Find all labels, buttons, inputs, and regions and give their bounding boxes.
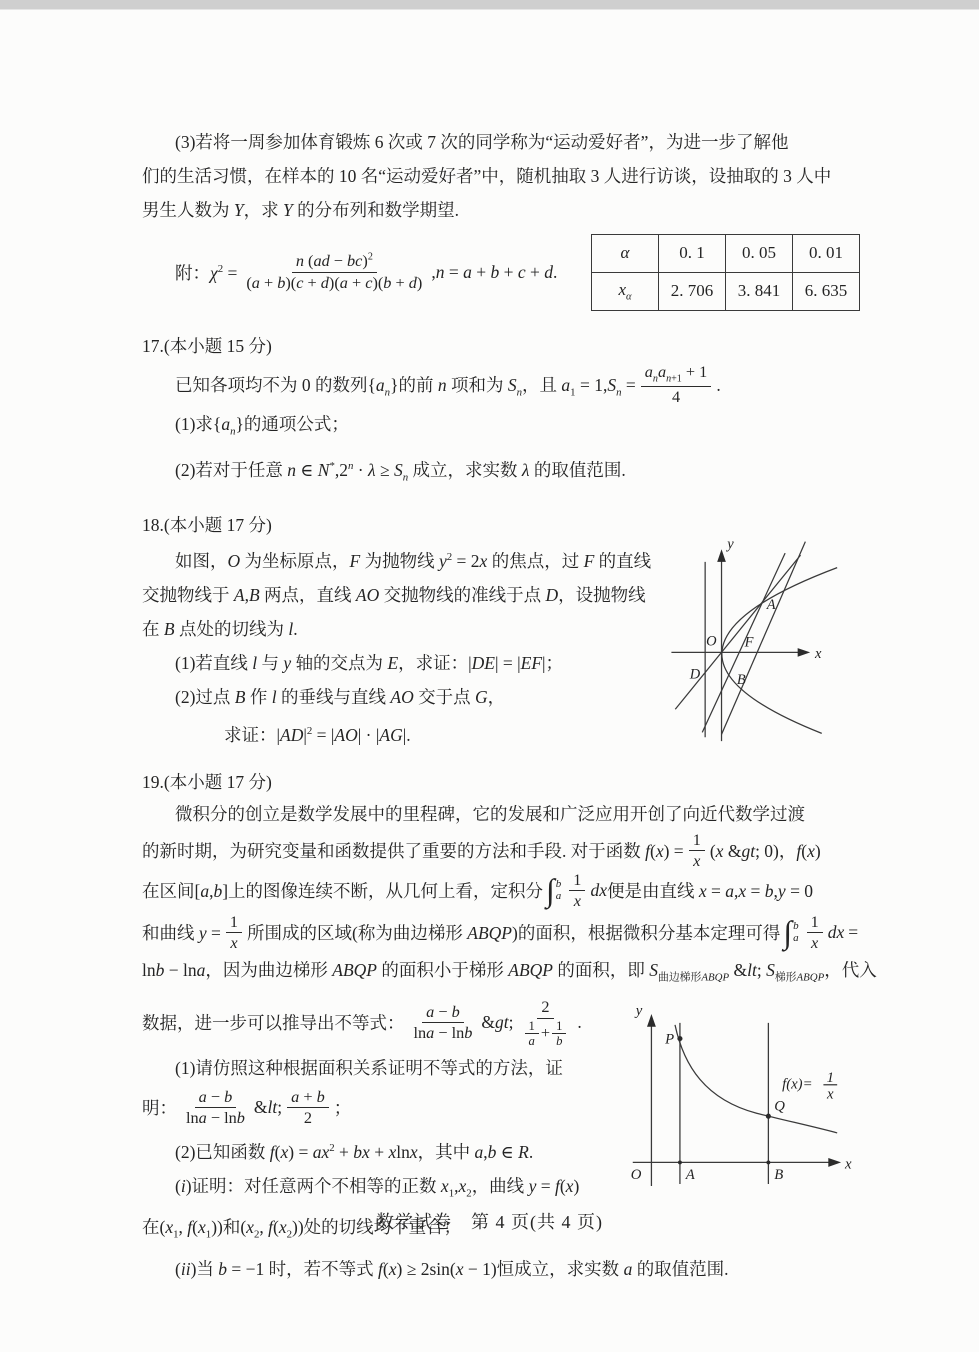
point-A: [678, 1160, 682, 1164]
equals-sign: =: [848, 922, 858, 943]
denominator: 2: [300, 1108, 316, 1128]
point-label-P: P: [664, 1031, 674, 1047]
integral-limits: b a: [556, 878, 562, 903]
text-segment: 和曲线 y =: [142, 920, 221, 945]
fraction: a + b 2: [287, 1087, 329, 1129]
numerator: 1: [689, 830, 705, 851]
text-line: lnb − lna，因为曲边梯形 ABQP 的面积小于梯形 ABQP 的面积，即…: [142, 953, 854, 995]
text-line: (3)若将一周参加体育锻炼 6 次或 7 次的同学称为“运动爱好者”，为进一步了…: [142, 125, 854, 159]
question19-part2-ii: (ii)当 b = −1 时，若不等式 f(x) ≥ 2sin(x − 1)恒成…: [142, 1252, 854, 1286]
denominator: x: [226, 933, 241, 953]
intro-text: 已知各项均不为 0 的数列{an}的前 n 项和为 Sn，且 a1 = 1,Sn…: [175, 372, 636, 399]
curve-label-num: 1: [827, 1070, 834, 1086]
text-line-with-math: 数据，进一步可以推导出不等式： a − b lna − lnb &gt; 2 1…: [142, 995, 613, 1051]
differential: dx: [590, 880, 607, 901]
denominator: lna − lnb: [410, 1023, 477, 1043]
curve-label-den: x: [826, 1087, 834, 1103]
text-segment: 所围成的区域(称为曲边梯形 ABQP)的面积，根据微积分基本定理可得: [247, 920, 780, 945]
chi-square-formula: 附：χ2 = n (ad − bc)2 (a + b)(c + d)(a + c…: [175, 251, 557, 293]
semicolon: ；: [334, 1095, 352, 1120]
y-axis-arrow: [717, 549, 726, 562]
table-cell: 0. 05: [726, 234, 793, 272]
axis-label-y: y: [634, 1003, 643, 1019]
formula-suffix: ,n = a + b + c + d.: [431, 262, 557, 283]
point-label-A: A: [766, 597, 776, 613]
fraction: 2 1 a + 1 b: [519, 997, 573, 1049]
text-line: 们的生活习惯，在样本的 10 名“运动爱好者”中，随机抽取 3 人进行访谈，设抽…: [142, 159, 854, 193]
integral-limits: b a: [793, 920, 799, 945]
reciprocal-curve: [675, 1025, 837, 1133]
chi-square-formula-row: 附：χ2 = n (ad − bc)2 (a + b)(c + d)(a + c…: [142, 231, 854, 313]
curve-label-fx: f(x)=: [782, 1077, 812, 1093]
fraction: 1 x: [226, 912, 242, 954]
scan-top-bar: [0, 0, 979, 10]
denominator: 1 a + 1 b: [519, 1019, 573, 1049]
question18-section: y x O F A B D 18.(本小题 17 分) 如图，O 为坐标原点，F…: [142, 510, 854, 752]
x-axis-arrow: [798, 648, 811, 657]
numerator: 1: [226, 912, 242, 933]
period: .: [577, 1012, 581, 1033]
point-B: [766, 1160, 770, 1164]
differential: dx: [828, 922, 845, 943]
x-axis-arrow: [828, 1158, 841, 1167]
less-than-sign: &lt;: [254, 1097, 282, 1118]
text-line: 微积分的创立是数学发展中的里程碑，它的发展和广泛应用开创了向近代数学过渡: [142, 797, 854, 831]
text-line-with-math: 在区间[a,b]上的图像连续不断，从几何上看，定积分 ∫ b a 1 x dx …: [142, 869, 854, 911]
integral: ∫ b a: [546, 877, 561, 904]
denominator: 4: [668, 387, 684, 407]
critical-value-table: α 0. 1 0. 05 0. 01 xα 2. 706 3. 841 6. 6…: [591, 234, 860, 311]
upper-limit: b: [793, 920, 799, 933]
axis-label-y: y: [725, 536, 734, 552]
point-label-O: O: [631, 1167, 642, 1183]
question17-heading: 17.(本小题 15 分): [142, 331, 854, 361]
hyperbola-figure: y x O A B P Q f(x)= 1 x: [619, 997, 904, 1204]
numerator: 1: [525, 1019, 539, 1035]
point-label-A: A: [685, 1167, 696, 1183]
greater-than-sign: &gt;: [481, 1012, 513, 1033]
question16-part3-section: (3)若将一周参加体育锻炼 6 次或 7 次的同学称为“运动爱好者”，为进一步了…: [142, 125, 854, 313]
question17-part2: (2)若对于任意 n ∈ N*,2n · λ ≥ Sn 成立，求实数 λ 的取值…: [142, 449, 854, 494]
text-line-with-math: 的新时期，为研究变量和函数提供了重要的方法和手段. 对于函数 f(x) = 1 …: [142, 831, 854, 869]
exam-page: (3)若将一周参加体育锻炼 6 次或 7 次的同学称为“运动爱好者”，为进一步了…: [0, 0, 979, 1352]
denominator: x: [570, 891, 585, 911]
denominator: b: [552, 1034, 566, 1049]
fraction: 1 b: [552, 1019, 566, 1049]
formula-prefix: 附：χ2 =: [175, 260, 237, 285]
numerator: 1: [552, 1019, 566, 1035]
integral-symbol: ∫: [546, 877, 555, 904]
table-cell: 0. 01: [793, 234, 860, 272]
table-row: α 0. 1 0. 05 0. 01: [592, 234, 860, 272]
integral-symbol: ∫: [783, 919, 792, 946]
question19-heading: 19.(本小题 17 分): [142, 767, 854, 797]
denominator: lna − lnb: [182, 1108, 249, 1128]
text-line-with-math: 和曲线 y = 1 x 所围成的区域(称为曲边梯形 ABQP)的面积，根据微积分…: [142, 911, 854, 953]
numerator: n (ad − bc)2: [292, 251, 377, 272]
integral: ∫ b a: [783, 919, 798, 946]
numerator: anan+1 + 1: [641, 362, 712, 387]
fraction: 1 a: [525, 1019, 539, 1049]
table-row: xα 2. 706 3. 841 6. 635: [592, 272, 860, 310]
fraction: a − b lna − lnb: [182, 1087, 249, 1129]
point-label-F: F: [744, 634, 754, 650]
fraction: 1 x: [689, 830, 705, 872]
page-content: (3)若将一周参加体育锻炼 6 次或 7 次的同学称为“运动爱好者”，为进一步了…: [0, 10, 854, 1286]
point-label-B: B: [737, 672, 746, 688]
denominator: x: [689, 851, 704, 871]
page-footer: 数学试卷 第 4 页(共 4 页): [0, 1208, 979, 1234]
denominator: x: [807, 933, 822, 953]
text-segment: 数据，进一步可以推导出不等式：: [142, 1010, 405, 1035]
text-segment: (x &gt; 0)，f(x): [710, 838, 821, 863]
intro-text-end: .: [716, 375, 720, 396]
table-cell: xα: [592, 272, 659, 310]
text-line: 男生人数为 Y，求 Y 的分布列和数学期望.: [142, 193, 854, 227]
fraction: n (ad − bc)2 (a + b)(c + d)(a + c)(b + d…: [242, 251, 426, 293]
numerator: 2: [537, 997, 553, 1018]
numerator: 1: [807, 912, 823, 933]
table-cell: 0. 1: [659, 234, 726, 272]
point-label-Q: Q: [774, 1098, 785, 1114]
text-segment: 的新时期，为研究变量和函数提供了重要的方法和手段. 对于函数 f(x) =: [142, 838, 684, 863]
fraction: a − b lna − lnb: [410, 1002, 477, 1044]
numerator: a − b: [422, 1002, 464, 1023]
point-label-O: O: [706, 634, 717, 650]
question17-intro: 已知各项均不为 0 的数列{an}的前 n 项和为 Sn，且 a1 = 1,Sn…: [142, 363, 854, 407]
denominator: (a + b)(c + d)(a + c)(b + d): [242, 273, 426, 293]
text-line-with-math: 明： a − b lna − lnb &lt; a + b 2 ；: [142, 1085, 613, 1131]
numerator: a + b: [287, 1087, 329, 1108]
point-label-D: D: [689, 666, 701, 682]
parabola-figure: y x O F A B D: [656, 526, 974, 748]
table-cell: α: [592, 234, 659, 272]
text-segment: 明：: [142, 1095, 177, 1120]
axis-label-x: x: [844, 1156, 852, 1172]
fraction: 1 x: [807, 912, 823, 954]
numerator: 1: [569, 870, 585, 891]
text-segment: 在区间[a,b]上的图像连续不断，从几何上看，定积分: [142, 878, 543, 903]
axis-label-x: x: [814, 646, 822, 662]
lower-limit: a: [793, 932, 799, 945]
upper-limit: b: [556, 878, 562, 891]
plus-sign: +: [541, 1023, 550, 1043]
text-segment: 便是由直线 x = a,x = b,y = 0: [607, 878, 813, 903]
question17-section: 17.(本小题 15 分) 已知各项均不为 0 的数列{an}的前 n 项和为 …: [142, 331, 854, 494]
numerator: a − b: [195, 1087, 237, 1108]
fraction: 1 x: [569, 870, 585, 912]
point-Q: [766, 1114, 771, 1119]
table-cell: 3. 841: [726, 272, 793, 310]
point-P: [677, 1036, 682, 1041]
lower-limit: a: [556, 890, 562, 903]
point-label-B: B: [774, 1167, 783, 1183]
denominator: a: [525, 1034, 539, 1049]
fraction: anan+1 + 1 4: [641, 362, 712, 407]
y-axis-arrow: [647, 1014, 656, 1027]
table-cell: 2. 706: [659, 272, 726, 310]
table-cell: 6. 635: [793, 272, 860, 310]
question17-part1: (1)求{an}的通项公式；: [142, 407, 854, 449]
